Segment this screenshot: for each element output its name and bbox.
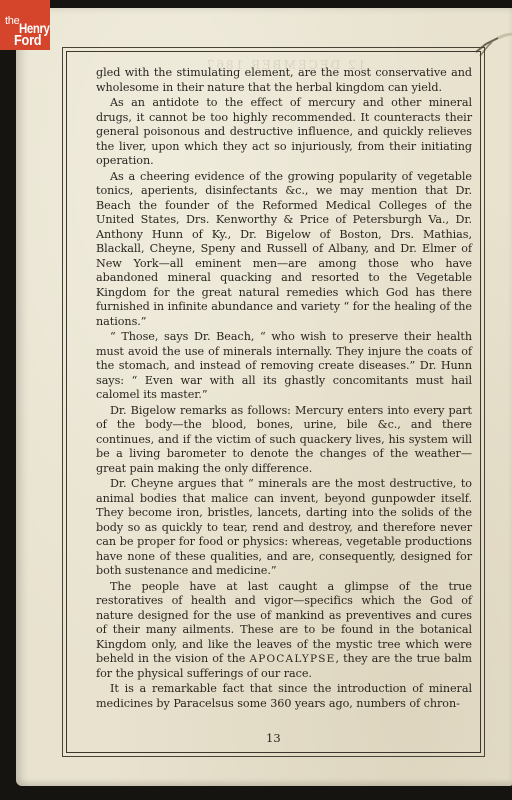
paragraph-dr-cheyne: Dr. Cheyne argues that “ minerals are th…	[96, 477, 472, 579]
apocalypse-emphasis: APOCALYPSE	[249, 653, 335, 665]
document-viewer: 12 DECEMBER 1867 gled with the stimulati…	[0, 0, 512, 800]
logo-the: the	[5, 15, 19, 27]
paragraph-restoratives: The people have at last caught a glimpse…	[96, 580, 472, 682]
body-text: gled with the stimulating element, are t…	[96, 66, 472, 711]
paragraph-paracelsus: It is a remarkable fact that since the i…	[96, 682, 472, 711]
paragraph-antidote: As an antidote to the effect of mercury …	[96, 96, 472, 169]
logo-ford: Ford	[14, 32, 41, 49]
paragraph-dr-beach-quote: “ Those, says Dr. Beach, “ who wish to p…	[96, 330, 472, 403]
paragraph-popularity: As a cheering evidence of the growing po…	[96, 170, 472, 330]
paragraph-continuation: gled with the stimulating element, are t…	[96, 66, 472, 95]
henry-ford-logo[interactable]: the Henry Ford	[0, 0, 50, 50]
page-number: 13	[266, 731, 281, 745]
paragraph-dr-bigelow: Dr. Bigelow remarks as follows: Mercury …	[96, 404, 472, 477]
